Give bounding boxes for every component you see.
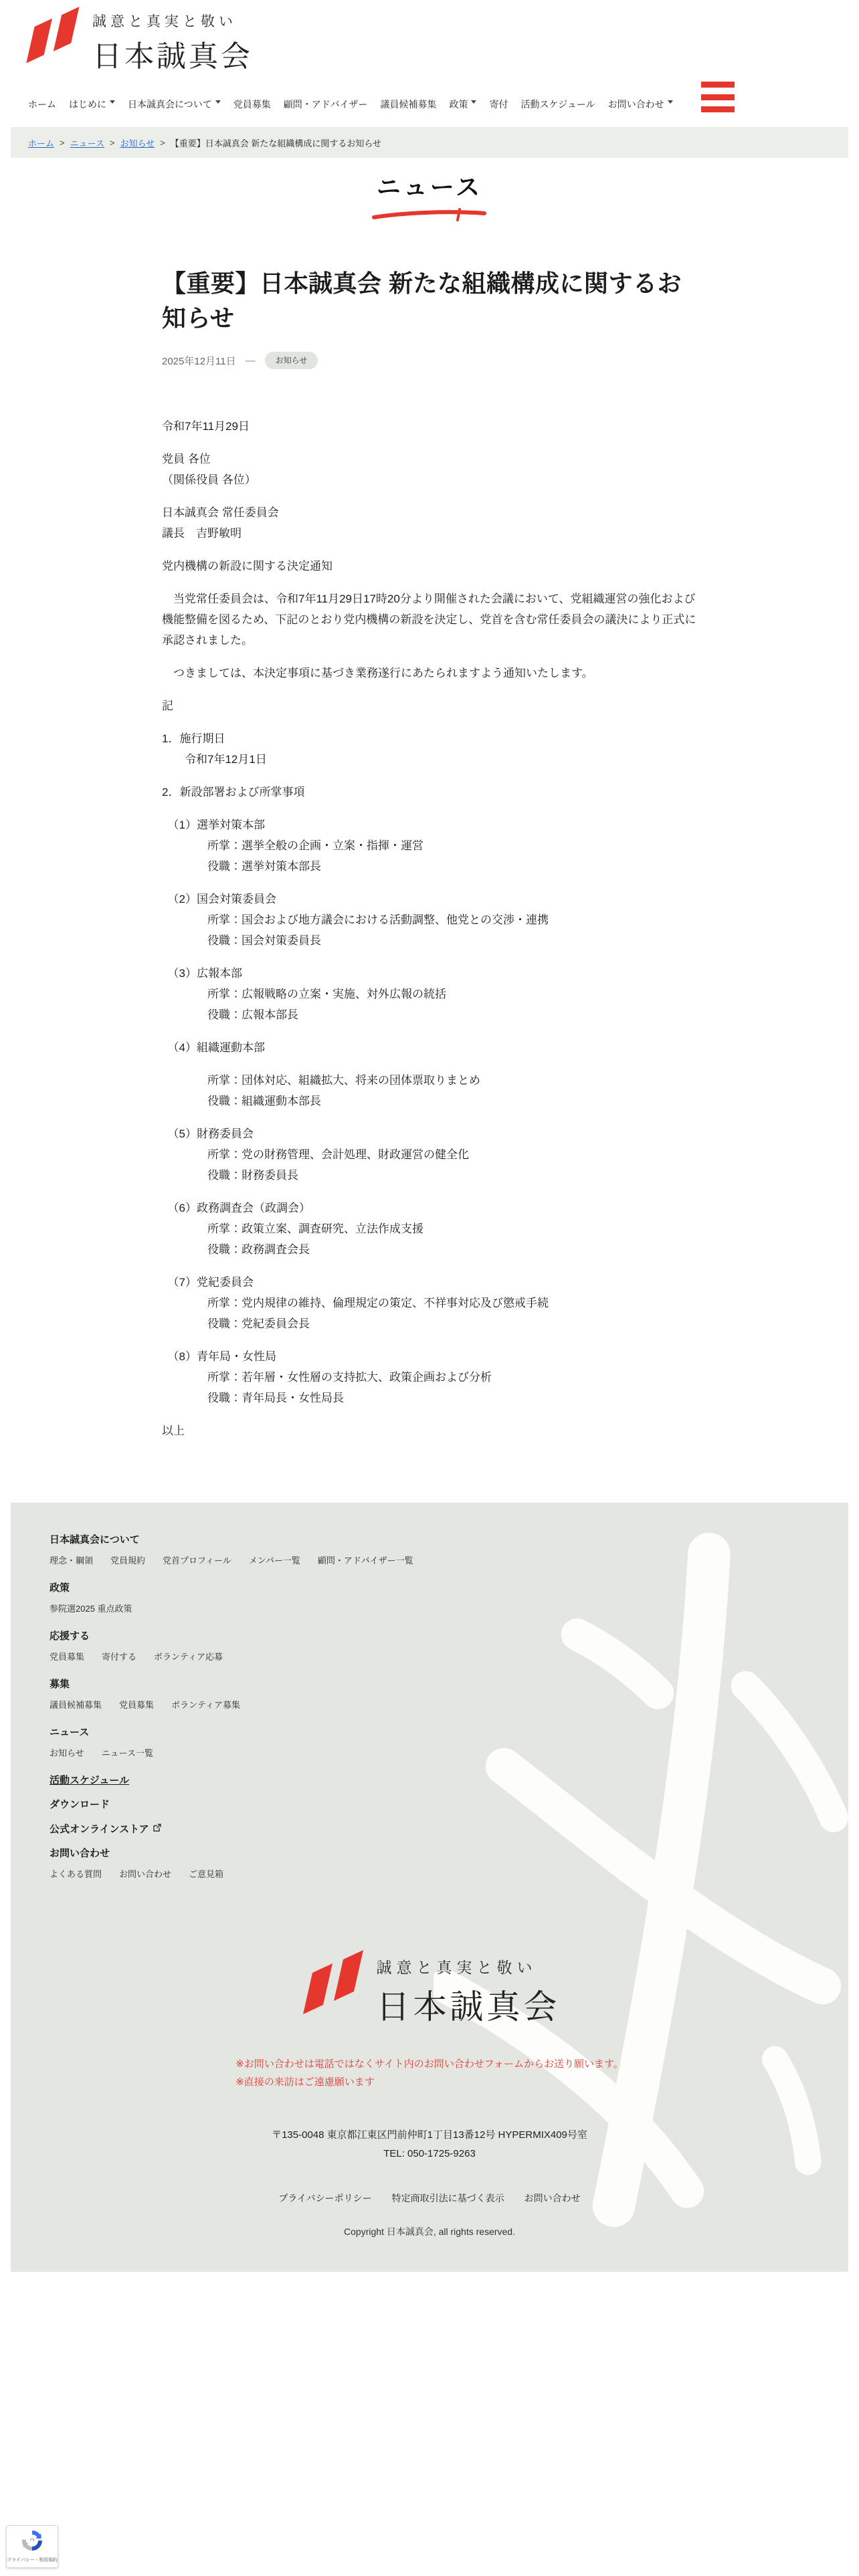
article-body-line: （4）組織運動本部 — [162, 1037, 697, 1058]
footer-link[interactable]: ご意見箱 — [189, 1869, 223, 1879]
article-body: 令和7年11月29日 党員 各位 （関係役員 各位） 日本誠真会 常任委員会 議… — [162, 416, 697, 1441]
article-body-line: 役職：財務委員長 — [162, 1165, 697, 1186]
nav-item[interactable]: 党員募集 — [233, 98, 271, 111]
article-body-line: （6）政務調査会（政調会） — [162, 1198, 697, 1218]
article-body-line: 所掌：団体対応、組織拡大、将来の団体票取りまとめ — [162, 1070, 697, 1091]
footer-link[interactable]: 党員規約 — [110, 1555, 145, 1566]
tel: TEL: 050-1725-9263 — [11, 2146, 848, 2162]
article-body-line: 令和7年12月1日 — [162, 749, 697, 770]
footer-link[interactable]: 議員候補募集 — [50, 1700, 102, 1710]
article-body-line: 所掌：国会および地方議会における活動調整、他党との交渉・連携 — [162, 909, 697, 930]
article-body-line: 党内機構の新設に関する決定通知 — [162, 556, 697, 576]
footer-heading[interactable]: 政策 — [50, 1582, 558, 1595]
article-body-line — [162, 1186, 697, 1198]
article-body-line: 所掌：党内規律の維持、倫理規定の策定、不祥事対応及び懲戒手続 — [162, 1293, 697, 1313]
article-body-line: 所掌：党の財務管理、会計処理、財政運営の健全化 — [162, 1144, 697, 1165]
article-body-line: 議長 吉野敏明 — [162, 523, 697, 544]
meta-dash: — — [246, 355, 256, 366]
brush-underline-icon — [0, 207, 859, 226]
footer-link[interactable]: メンバー一覧 — [249, 1555, 300, 1566]
article-body-line: 2．新設部署および所掌事項 — [162, 782, 697, 802]
footer-heading[interactable]: 募集 — [50, 1678, 558, 1691]
brand-tagline: 誠意と真実と敬い — [92, 11, 253, 31]
article-body-line — [162, 1334, 697, 1346]
footer-link[interactable]: 党首プロフィール — [163, 1555, 231, 1566]
nav-item[interactable]: 寄付 — [489, 98, 508, 111]
nav-item[interactable]: はじめに — [69, 98, 115, 111]
footer-link[interactable]: ボランティア募集 — [171, 1700, 240, 1710]
logo-parallelogram-icon — [23, 7, 82, 69]
article-body-line: 所掌：広報戦略の立案・実施、対外広報の統括 — [162, 984, 697, 1004]
legal-link[interactable]: プライバシーポリシー — [278, 2191, 371, 2205]
breadcrumb-oshirase-link[interactable]: お知らせ — [120, 136, 155, 149]
article-body-line — [162, 544, 697, 556]
footer-link[interactable]: 参院選2025 重点政策 — [50, 1604, 132, 1614]
breadcrumb-separator: > — [160, 138, 165, 148]
footer-schedule-link[interactable]: 活動スケジュール — [50, 1774, 558, 1788]
article-body-line: 役職：国会対策委員長 — [162, 930, 697, 951]
article-body-line — [162, 951, 697, 963]
site-header: 誠意と真実と敬い 日本誠真会 ホーム はじめに 日本誠真会について 党員募集 顧… — [0, 0, 859, 124]
article-body-line: 記 — [162, 695, 697, 716]
hamburger-menu-icon[interactable] — [701, 82, 735, 112]
contact-note-line: ※直接の来訪はご遠慮願います — [235, 2073, 624, 2091]
article-body-line: 所掌：若年層・女性層の支持拡大、政策企画および分析 — [162, 1367, 697, 1388]
article-body-line: 役職：広報本部長 — [162, 1004, 697, 1025]
article-body-line: 以上 — [162, 1420, 697, 1441]
breadcrumb-home-link[interactable]: ホーム — [28, 136, 54, 149]
footer-heading[interactable]: 応援する — [50, 1630, 558, 1643]
footer-download-link[interactable]: ダウンロード — [50, 1798, 558, 1812]
legal-link[interactable]: 特定商取引法に基づく表示 — [392, 2191, 504, 2205]
article-body-line: 当党常任委員会は、令和7年11月29日17時20分より開催された会議において、党… — [162, 588, 697, 651]
article-title: 【重要】日本誠真会 新たな組織構成に関するお知らせ — [162, 266, 690, 336]
article-body-line: 1．施行期日 — [162, 728, 697, 749]
breadcrumb-current: 【重要】日本誠真会 新たな組織構成に関するお知らせ — [171, 136, 381, 149]
category-badge[interactable]: お知らせ — [265, 352, 318, 369]
footer-link[interactable]: 党員募集 — [119, 1700, 154, 1710]
brand-name: 日本誠真会 — [377, 1980, 561, 2028]
article-body-line: つきましては、本決定事項に基づき業務遂行にあたられますよう通知いたします。 — [162, 663, 697, 683]
breadcrumb-separator: > — [60, 138, 65, 148]
contact-note: ※お問い合わせは電話ではなくサイト内のお問い合わせフォームからお送り願います。 … — [235, 2055, 624, 2091]
article-body-line: 党員 各位 — [162, 449, 697, 469]
footer-link[interactable]: 顧問・アドバイザー一覧 — [318, 1555, 413, 1566]
main-nav: ホーム はじめに 日本誠真会について 党員募集 顧問・アドバイザー 議員候補募集… — [28, 98, 673, 111]
article-body-line — [162, 576, 697, 588]
footer-link[interactable]: お問い合わせ — [119, 1869, 171, 1879]
recaptcha-badge[interactable]: プライバシー - 利用規約 — [6, 2525, 58, 2568]
article-body-line: （5）財務委員会 — [162, 1123, 697, 1144]
logo-parallelogram-icon — [299, 1950, 366, 2020]
brand-name: 日本誠真会 — [92, 32, 253, 75]
footer-link[interactable]: ニュース一覧 — [102, 1748, 153, 1758]
brand-tagline: 誠意と真実と敬い — [377, 1955, 561, 1977]
article-body-line: 役職：党紀委員会長 — [162, 1313, 697, 1334]
article-body-line — [162, 1408, 697, 1420]
article-body-line — [162, 1260, 697, 1272]
footer-section-recruit: 募集 議員候補募集党員募集ボランティア募集 — [50, 1678, 558, 1711]
page: { "brand": { "tagline": "誠意と真実と敬い", "nam… — [0, 0, 859, 2576]
article-body-line: 所掌：選挙全般の企画・立案・指揮・運営 — [162, 835, 697, 856]
nav-item[interactable]: 日本誠真会について — [128, 98, 221, 111]
article-body-line: 所掌：政策立案、調査研究、立法作成支援 — [162, 1218, 697, 1239]
breadcrumb: ホーム > ニュース > お知らせ > 【重要】日本誠真会 新たな組織構成に関す… — [11, 127, 848, 158]
external-link-icon — [153, 1822, 161, 1836]
article-body-line — [162, 437, 697, 449]
article-body-line: 役職：組織運動本部長 — [162, 1091, 697, 1111]
copyright: Copyright 日本誠真会, all rights reserved. — [11, 2225, 848, 2238]
article-body-line — [162, 802, 697, 815]
nav-item[interactable]: 顧問・アドバイザー — [284, 98, 368, 111]
contact-note-line: ※お問い合わせは電話ではなくサイト内のお問い合わせフォームからお送り願います。 — [235, 2055, 624, 2073]
footer-nav: 日本誠真会について 理念・綱領党員規約党首プロフィールメンバー一覧顧問・アドバイ… — [11, 1533, 558, 1881]
nav-item[interactable]: 政策 — [449, 98, 476, 111]
recaptcha-label: プライバシー - 利用規約 — [7, 2557, 58, 2563]
article-body-line — [162, 490, 697, 502]
footer-heading[interactable]: ニュース — [50, 1726, 558, 1739]
footer-link[interactable]: よくある質問 — [50, 1869, 102, 1879]
breadcrumb-news-link[interactable]: ニュース — [70, 136, 104, 149]
nav-item[interactable]: 議員候補募集 — [380, 98, 436, 111]
recaptcha-logo-icon — [21, 2530, 43, 2555]
article-body-line — [162, 716, 697, 728]
footer-link[interactable]: 寄付する — [102, 1652, 136, 1662]
article-body-line: （関係役員 各位） — [162, 469, 697, 490]
article-body-line: 日本誠真会 常任委員会 — [162, 502, 697, 523]
footer-link[interactable]: 党員募集 — [50, 1652, 84, 1662]
article-body-line — [162, 1058, 697, 1070]
nav-item[interactable]: ホーム — [28, 98, 56, 111]
footer-heading[interactable]: 日本誠真会について — [50, 1533, 558, 1547]
footer-section-contact: お問い合わせ よくある質問お問い合わせご意見箱 — [50, 1847, 558, 1881]
legal-links: プライバシーポリシー特定商取引法に基づく表示お問い合わせ — [11, 2191, 848, 2205]
legal-link[interactable]: お問い合わせ — [524, 2191, 581, 2205]
article-body-line: （8）青年局・女性局 — [162, 1346, 697, 1367]
footer-link[interactable]: 理念・綱領 — [50, 1555, 93, 1566]
article-body-line — [162, 651, 697, 663]
article-body-line — [162, 770, 697, 782]
article-body-line: 役職：青年局長・女性局長 — [162, 1388, 697, 1408]
article-body-line: （3）広報本部 — [162, 963, 697, 984]
footer-link[interactable]: お知らせ — [50, 1748, 84, 1758]
nav-item[interactable]: お問い合わせ — [608, 98, 673, 111]
article-date: 2025年12月11日 — [162, 354, 236, 368]
article-body-line — [162, 1111, 697, 1123]
address: 〒135-0048 東京都江東区門前仲町1丁目13番12号 HYPERMIX40… — [11, 2127, 848, 2143]
address-block: 〒135-0048 東京都江東区門前仲町1丁目13番12号 HYPERMIX40… — [11, 2127, 848, 2162]
footer-link[interactable]: ボランティア応募 — [154, 1652, 223, 1662]
article-body-line: 役職：政務調査会長 — [162, 1239, 697, 1260]
article-body-line: （1）選挙対策本部 — [162, 815, 697, 835]
footer-section-about: 日本誠真会について 理念・綱領党員規約党首プロフィールメンバー一覧顧問・アドバイ… — [50, 1533, 558, 1567]
section-title: ニュース — [0, 173, 859, 201]
footer-section-policy: 政策 参院選2025 重点政策 — [50, 1582, 558, 1615]
article-body-line: （2）国会対策委員会 — [162, 889, 697, 909]
footer-section-news: ニュース お知らせニュース一覧 — [50, 1726, 558, 1759]
footer-section-support: 応援する 党員募集寄付するボランティア応募 — [50, 1630, 558, 1663]
article-meta: 2025年12月11日 — お知らせ — [162, 352, 697, 369]
news-section-head: ニュース — [0, 173, 859, 226]
footer-heading[interactable]: お問い合わせ — [50, 1847, 558, 1860]
breadcrumb-separator: > — [110, 138, 115, 148]
article-body-line — [162, 1025, 697, 1037]
article-body-line — [162, 877, 697, 889]
site-footer: 日本誠真会について 理念・綱領党員規約党首プロフィールメンバー一覧顧問・アドバイ… — [11, 1503, 848, 2272]
site-logo[interactable]: 誠意と真実と敬い 日本誠真会 — [0, 0, 859, 75]
article: 【重要】日本誠真会 新たな組織構成に関するお知らせ 2025年12月11日 — … — [162, 266, 697, 1441]
footer-store-link[interactable]: 公式オンラインストア — [50, 1822, 558, 1836]
article-body-line: 令和7年11月29日 — [162, 416, 697, 437]
article-body-line: 役職：選挙対策本部長 — [162, 856, 697, 877]
article-body-line: （7）党紀委員会 — [162, 1272, 697, 1293]
footer-logo[interactable]: 誠意と真実と敬い 日本誠真会 — [11, 1950, 848, 2028]
article-body-line — [162, 683, 697, 695]
nav-item[interactable]: 活動スケジュール — [520, 98, 595, 111]
